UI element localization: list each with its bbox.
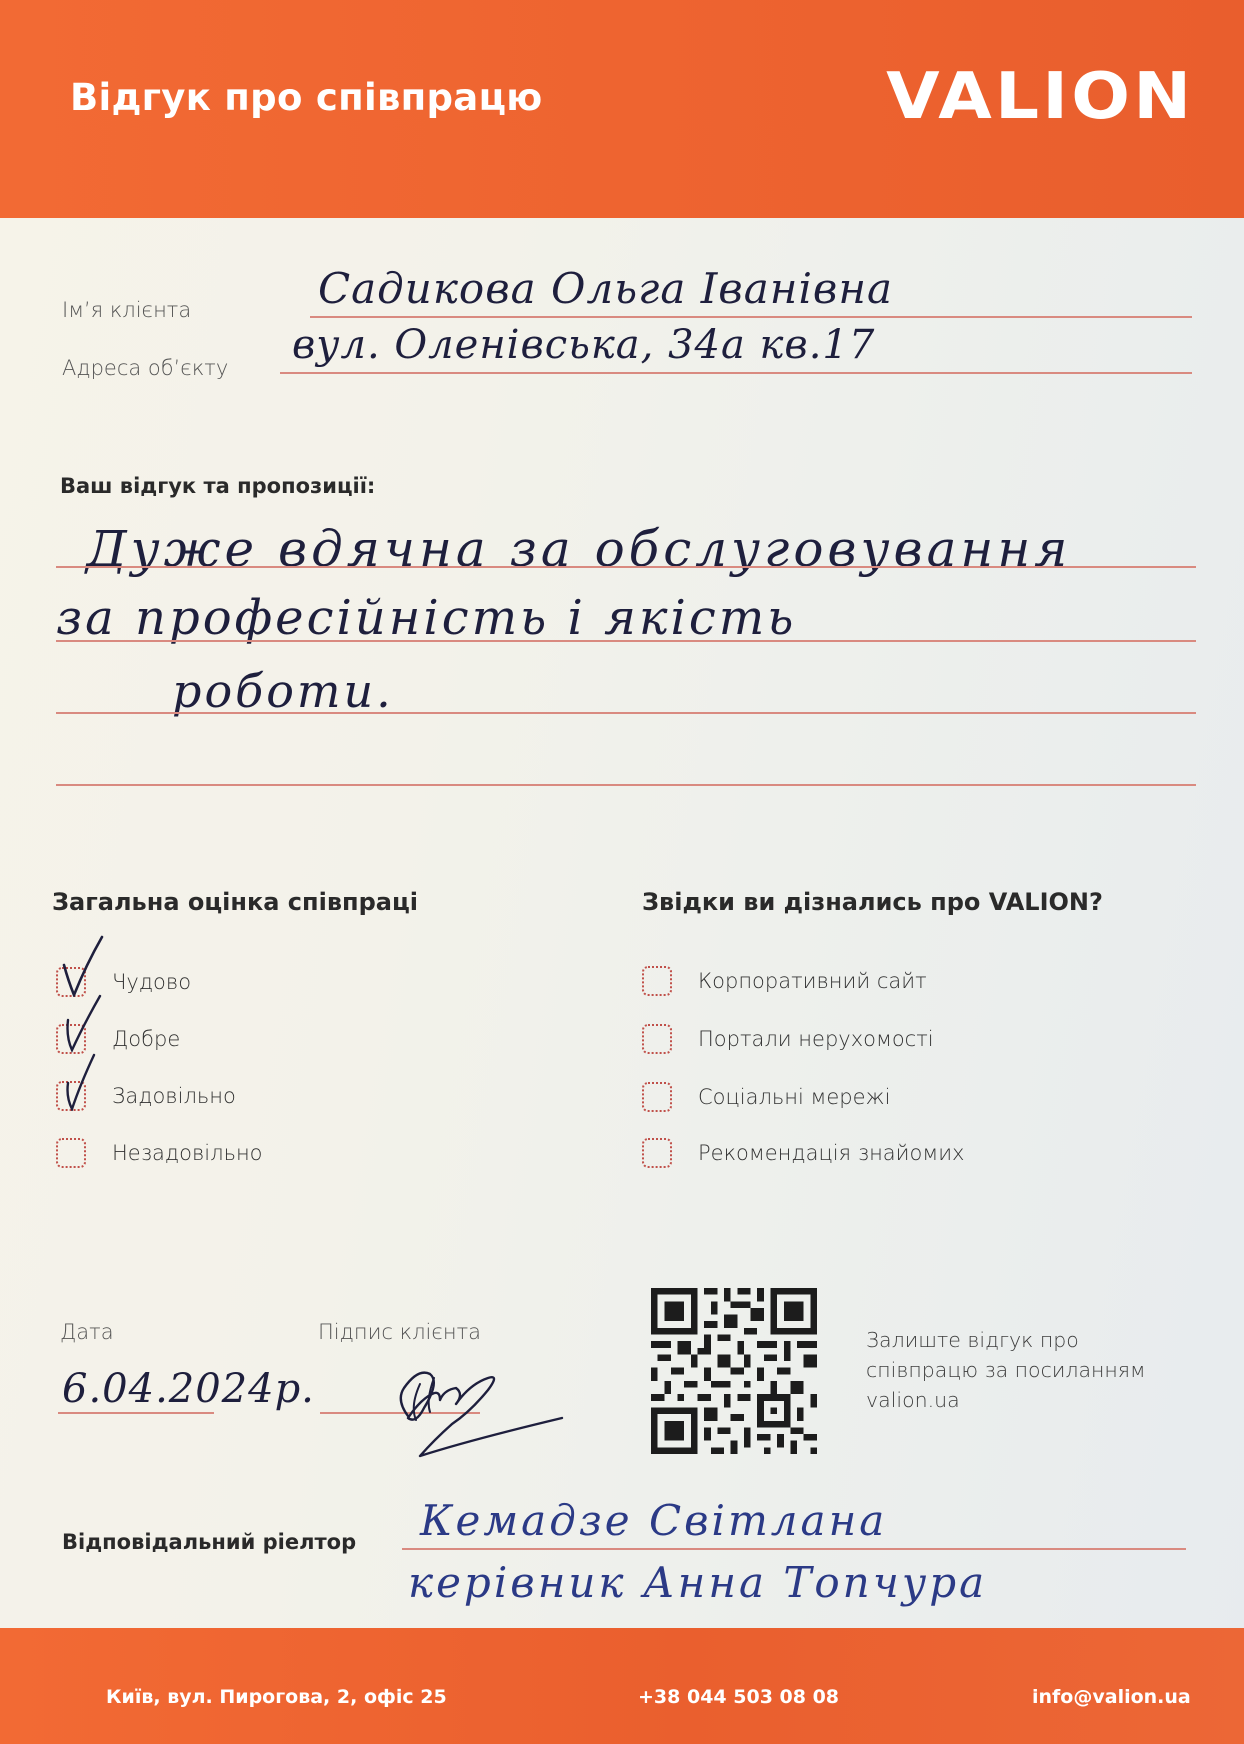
option-label: Портали нерухомості [698, 1027, 934, 1051]
signature-icon[interactable] [360, 1360, 570, 1460]
rating-option-excellent[interactable]: Чудово [56, 967, 191, 997]
source-option-real-estate-portals[interactable]: Портали нерухомості [642, 1024, 934, 1054]
address-value[interactable]: вул. Оленівська, 34а кв.17 [292, 322, 875, 368]
footer-email[interactable]: info@valion.ua [1032, 1686, 1191, 1708]
checkbox[interactable] [56, 1024, 86, 1054]
valion-logo: VALION [886, 60, 1194, 134]
feedback-line-rule [56, 566, 1196, 568]
qr-code-icon[interactable] [648, 1288, 820, 1454]
qr-caption-link[interactable]: valion.ua [866, 1385, 1145, 1415]
rating-option-good[interactable]: Добре [56, 1024, 180, 1054]
client-name-label: Ім’я клієнта [62, 298, 191, 322]
checkbox[interactable] [56, 967, 86, 997]
realtor-name[interactable]: Кемадзе Світлана [420, 1496, 887, 1545]
option-label: Рекомендація знайомих [698, 1141, 964, 1165]
date-label: Дата [60, 1320, 114, 1344]
feedback-form-sheet: Відгук про співпрацю VALION Ім’я клієнта… [0, 0, 1244, 1744]
client-name-line [310, 316, 1192, 318]
option-label: Незадовільно [112, 1141, 263, 1165]
checkbox[interactable] [642, 1138, 672, 1168]
qr-caption: Залиште відгук про співпрацю за посиланн… [866, 1325, 1145, 1415]
footer-banner: Київ, вул. Пирогова, 2, офіс 25 +38 044 … [0, 1628, 1244, 1744]
checkmark-icon [56, 992, 106, 1054]
footer-address: Київ, вул. Пирогова, 2, офіс 25 [106, 1686, 447, 1708]
realtor-manager[interactable]: керівник Анна Топчура [408, 1558, 987, 1607]
address-line [280, 372, 1192, 374]
option-label: Соціальні мережі [698, 1085, 890, 1109]
client-name-value[interactable]: Садикова Ольга Іванівна [318, 264, 893, 313]
realtor-line [402, 1548, 1186, 1550]
checkmark-icon [56, 935, 106, 997]
feedback-line: Дуже вдячна за обслуговування [86, 520, 1071, 578]
feedback-line-rule [56, 640, 1196, 642]
feedback-line-rule [56, 784, 1196, 786]
checkbox[interactable] [642, 1024, 672, 1054]
source-title: Звідки ви дізнались про VALION? [642, 888, 1103, 916]
qr-caption-line: співпрацю за посиланням [866, 1355, 1145, 1385]
realtor-label: Відповідальний ріелтор [62, 1530, 356, 1554]
date-value[interactable]: 6.04.2024р. [62, 1366, 315, 1412]
source-option-social-networks[interactable]: Соціальні мережі [642, 1082, 890, 1112]
form-title: Відгук про співпрацю [70, 76, 543, 119]
option-label: Задовільно [112, 1084, 236, 1108]
checkbox[interactable] [642, 966, 672, 996]
feedback-line-rule [56, 712, 1196, 714]
qr-caption-line: Залиште відгук про [866, 1325, 1145, 1355]
rating-title: Загальна оцінка співпраці [52, 888, 418, 916]
source-option-corporate-site[interactable]: Корпоративний сайт [642, 966, 927, 996]
feedback-line: роботи. [172, 664, 394, 718]
feedback-line: за професійність і якість [56, 590, 796, 646]
signature-label: Підпис клієнта [318, 1320, 481, 1344]
feedback-title: Ваш відгук та пропозиції: [60, 474, 375, 498]
checkbox[interactable] [642, 1082, 672, 1112]
checkbox[interactable] [56, 1081, 86, 1111]
source-option-recommendation[interactable]: Рекомендація знайомих [642, 1138, 964, 1168]
option-label: Чудово [112, 970, 191, 994]
rating-option-unsatisfactory[interactable]: Незадовільно [56, 1138, 263, 1168]
checkbox[interactable] [56, 1138, 86, 1168]
footer-phone[interactable]: +38 044 503 08 08 [638, 1686, 839, 1708]
checkmark-icon [56, 1049, 106, 1111]
date-line [58, 1412, 214, 1414]
option-label: Добре [112, 1027, 180, 1051]
header-banner: Відгук про співпрацю VALION [0, 0, 1244, 218]
address-label: Адреса об’єкту [62, 356, 228, 380]
option-label: Корпоративний сайт [698, 969, 927, 993]
rating-option-satisfactory[interactable]: Задовільно [56, 1081, 236, 1111]
